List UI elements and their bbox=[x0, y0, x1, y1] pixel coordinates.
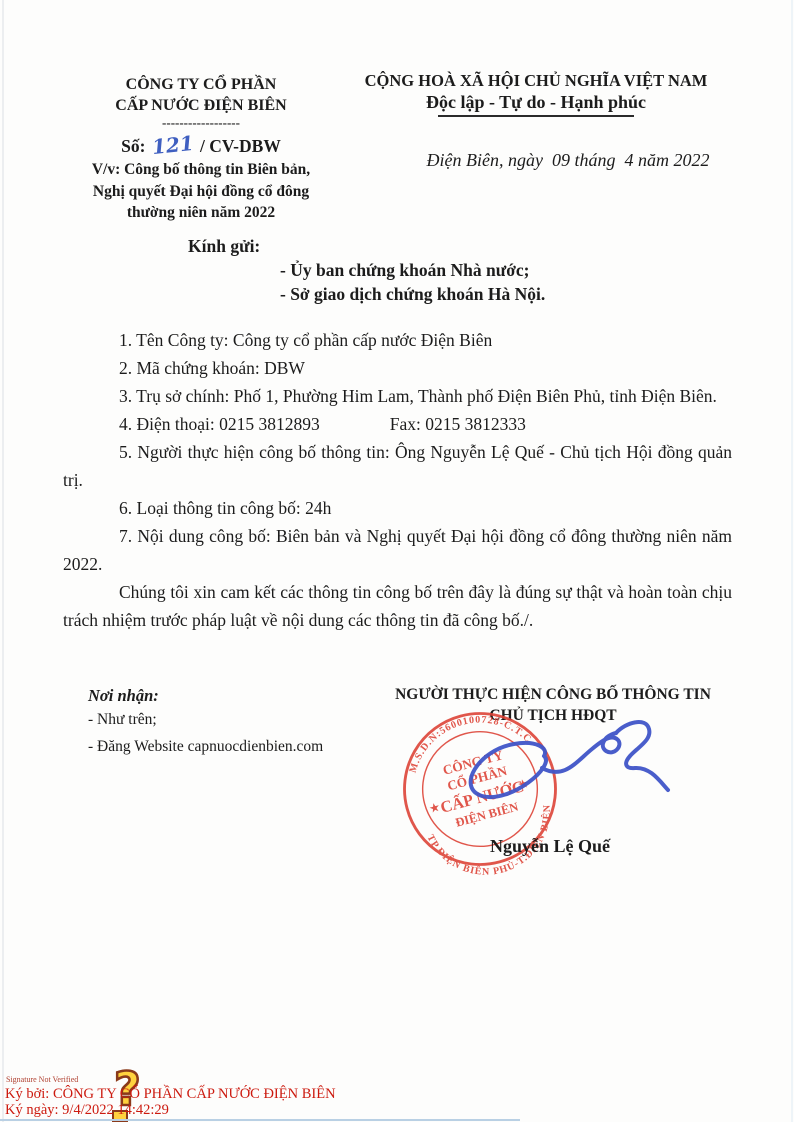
body-item-5: 5. Người thực hiện công bố thông tin: Ôn… bbox=[63, 438, 732, 494]
letter-body: 1. Tên Công ty: Công ty cổ phần cấp nước… bbox=[63, 326, 732, 634]
document-number: Số: 121 / CV-DBW bbox=[72, 133, 330, 157]
dateline: Điện Biên, ngày 09 tháng 4 năm 2022 bbox=[352, 150, 720, 171]
handwritten-signature bbox=[452, 706, 672, 816]
subject-line1: V/v: Công bố thông tin Biên bản, bbox=[72, 159, 330, 181]
national-motto: Độc lập - Tự do - Hạnh phúc bbox=[352, 91, 720, 114]
body-item-7: 7. Nội dung công bố: Biên bản và Nghị qu… bbox=[63, 522, 732, 578]
body-item-1: 1. Tên Công ty: Công ty cổ phần cấp nước… bbox=[63, 326, 732, 354]
scan-edge-left bbox=[2, 0, 4, 1122]
fax-value: Fax: 0215 3812333 bbox=[390, 414, 526, 434]
signature-status-text: Signature Not Verified bbox=[6, 1075, 78, 1084]
issuer-name-line1: CÔNG TY CỔ PHẦN bbox=[72, 74, 330, 95]
distribution-label: Nơi nhận: bbox=[88, 686, 388, 706]
subject-line2: Nghị quyết Đại hội đồng cổ đông bbox=[72, 181, 330, 203]
recipient-list: - Ủy ban chứng khoán Nhà nước; - Sở giao… bbox=[280, 259, 545, 306]
doc-no-handwritten-value: 121 bbox=[149, 131, 197, 160]
issuer-separator: ------------------ bbox=[72, 118, 330, 128]
distribution-item: - Như trên; bbox=[88, 706, 388, 733]
body-item-4: 4. Điện thoại: 0215 3812893Fax: 0215 381… bbox=[63, 410, 732, 438]
doc-no-suffix: / CV-DBW bbox=[200, 136, 281, 156]
recipient-line: - Ủy ban chứng khoán Nhà nước; bbox=[280, 259, 545, 283]
salutation-label: Kính gửi: bbox=[188, 236, 545, 257]
annotation-underline bbox=[0, 1119, 520, 1121]
distribution-item: - Đăng Website capnuocdienbien.com bbox=[88, 733, 388, 760]
distribution-block: Nơi nhận: - Như trên; - Đăng Website cap… bbox=[88, 686, 388, 760]
signed-by-text: Ký bởi: CÔNG TY CỔ PHẦN CẤP NƯỚC ĐIỆN BI… bbox=[5, 1086, 336, 1103]
signer-name: Nguyễn Lệ Quế bbox=[400, 836, 700, 857]
subject-line3: thường niên năm 2022 bbox=[72, 202, 330, 224]
signer-title-line1: NGƯỜI THỰC HIỆN CÔNG BỐ THÔNG TIN bbox=[388, 684, 718, 705]
scanned-letter-page: CÔNG TY CỔ PHẦN CẤP NƯỚC ĐIỆN BIÊN -----… bbox=[0, 0, 794, 1122]
signed-date-text: Ký ngày: 9/4/2022 14:42:29 bbox=[5, 1102, 169, 1119]
body-item-3: 3. Trụ sở chính: Phố 1, Phường Him Lam, … bbox=[63, 382, 732, 410]
motto-underline bbox=[438, 115, 634, 117]
subject-block: V/v: Công bố thông tin Biên bản, Nghị qu… bbox=[72, 159, 330, 224]
recipient-line: - Sở giao dịch chứng khoán Hà Nội. bbox=[280, 283, 545, 307]
scan-edge-right bbox=[791, 0, 793, 1122]
national-header: CỘNG HOÀ XÃ HỘI CHỦ NGHĨA VIỆT NAM Độc l… bbox=[352, 70, 720, 171]
salutation: Kính gửi: - Ủy ban chứng khoán Nhà nước;… bbox=[188, 236, 545, 306]
issuer-header: CÔNG TY CỔ PHẦN CẤP NƯỚC ĐIỆN BIÊN -----… bbox=[72, 74, 330, 224]
body-item-6: 6. Loại thông tin công bố: 24h bbox=[63, 494, 732, 522]
doc-no-label: Số: bbox=[121, 136, 145, 156]
body-item-2: 2. Mã chứng khoán: DBW bbox=[63, 354, 732, 382]
issuer-name-line2: CẤP NƯỚC ĐIỆN BIÊN bbox=[72, 95, 330, 116]
commitment-paragraph: Chúng tôi xin cam kết các thông tin công… bbox=[63, 578, 732, 634]
phone-value: 4. Điện thoại: 0215 3812893 bbox=[119, 414, 320, 434]
national-title: CỘNG HOÀ XÃ HỘI CHỦ NGHĨA VIỆT NAM bbox=[352, 70, 720, 91]
